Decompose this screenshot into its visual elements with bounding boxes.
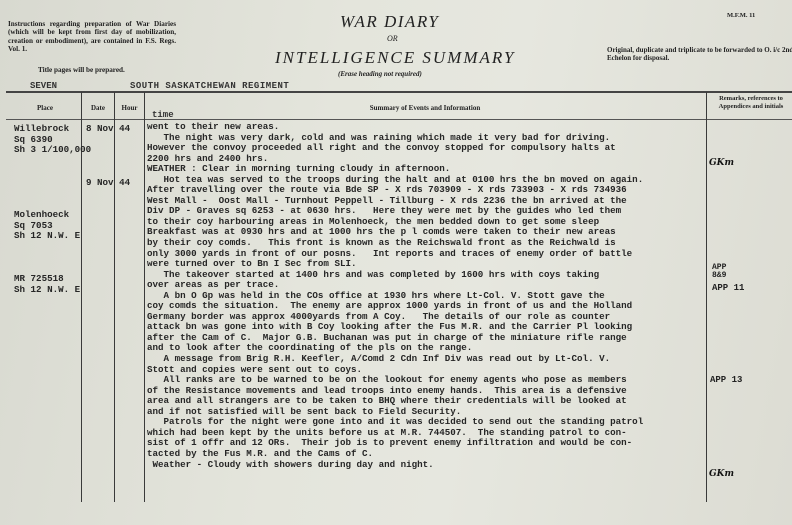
summary-line: Weather - Cloudy with showers during day…	[147, 460, 707, 471]
place-entry: Molenhoeck Sq 7053 Sh 12 N.W. E	[14, 210, 80, 242]
column-header-date: Date	[82, 104, 114, 112]
appendix-reference: APP 13	[710, 375, 742, 385]
column-divider	[144, 92, 145, 502]
date-entry: 9 Nov 44	[86, 178, 130, 189]
war-diary-page: Instructions regarding preparation of Wa…	[0, 0, 792, 525]
appendix-reference: APP 8&9	[712, 264, 742, 280]
date-entry: 8 Nov 44	[86, 124, 130, 135]
column-header-hour: Hour	[115, 104, 144, 112]
place-entry: Willebrock Sq 6390 Sh 3 1/100,000	[14, 124, 91, 156]
unit-number: SEVEN	[30, 81, 57, 91]
summary-line: went to their new areas.	[147, 122, 707, 133]
unit-name: SOUTH SASKATCHEWAN REGIMENT	[130, 81, 289, 91]
appendix-reference: APP 11	[712, 283, 744, 293]
initials-signature: GKm	[709, 469, 734, 479]
title-intelligence-summary: INTELLIGENCE SUMMARY	[275, 48, 515, 68]
time-label: time	[152, 110, 174, 120]
column-header-place: Place	[10, 104, 80, 112]
title-war-diary: WAR DIARY	[340, 12, 439, 32]
initials-signature: GKm	[709, 158, 734, 168]
table-top-rule	[6, 91, 792, 93]
summary-line: tacted by the Fus M.R. and the Cams of C…	[147, 449, 707, 460]
form-code: M.F.M. 11	[727, 12, 755, 19]
summary-line: A message from Brig R.H. Keefler, A/Comd…	[147, 354, 707, 365]
title-subnote: (Erase heading not required)	[338, 70, 422, 78]
title-or: OR	[387, 34, 398, 43]
place-entry: MR 725518 Sh 12 N.W. E	[14, 274, 80, 295]
column-divider	[114, 92, 115, 502]
summary-of-events: went to their new areas. The night was v…	[147, 122, 707, 470]
summary-line: by their coy comds. This front is known …	[147, 238, 707, 249]
column-header-summary: Summary of Events and Information	[145, 104, 705, 112]
title-page-note: Title pages will be prepared.	[38, 66, 125, 74]
distribution-note: Original, duplicate and triplicate to be…	[607, 46, 792, 62]
table-header-rule	[6, 119, 792, 120]
instructions-note: Instructions regarding preparation of Wa…	[8, 20, 176, 54]
column-header-remarks: Remarks, references to Appendices and in…	[708, 95, 792, 111]
